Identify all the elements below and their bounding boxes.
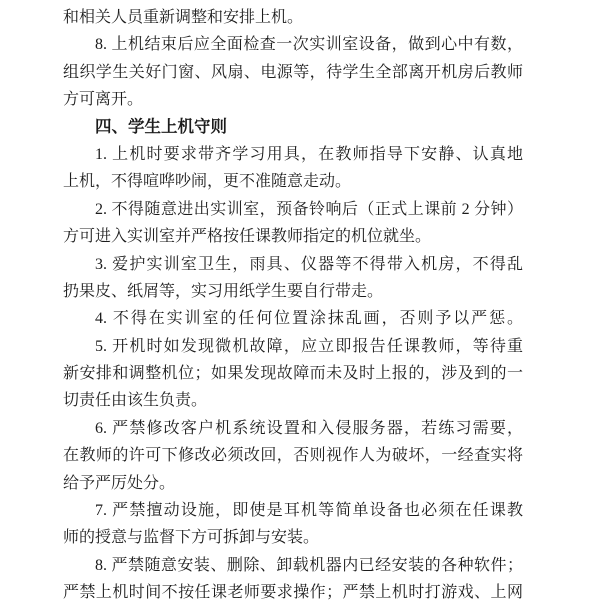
text-line: 和相关人员重新调整和安排上机。 — [63, 4, 523, 31]
document-page: 和相关人员重新调整和安排上机。8. 上机结束后应全面检查一次实训室设备，做到心中… — [0, 0, 590, 610]
text-line: 3. 爱护实训室卫生，雨具、仪器等不得带入机房，不得乱 — [63, 251, 523, 278]
document-body: 和相关人员重新调整和安排上机。8. 上机结束后应全面检查一次实训室设备，做到心中… — [63, 4, 523, 607]
text-line: 5. 开机时如发现微机故障，应立即报告任课教师，等待重 — [63, 333, 523, 360]
text-line: 切责任由该生负责。 — [63, 387, 523, 414]
text-line: 2. 不得随意进出实训室，预备铃响后（正式上课前 2 分钟） — [63, 196, 523, 223]
section-heading: 四、学生上机守则 — [63, 114, 523, 141]
text-line: 组织学生关好门窗、风扇、电源等，待学生全部离开机房后教师 — [63, 59, 523, 86]
text-line: 方可进入实训室并严格按任课教师指定的机位就坐。 — [63, 223, 523, 250]
text-line: 扔果皮、纸屑等，实习用纸学生要自行带走。 — [63, 278, 523, 305]
text-line: 方可离开。 — [63, 86, 523, 113]
text-line: 7. 严禁擅动设施，即使是耳机等简单设备也必须在任课教 — [63, 497, 523, 524]
text-line: 8. 严禁随意安装、删除、卸载机器内已经安装的各种软件； — [63, 552, 523, 579]
text-line: 新安排和调整机位；如果发现故障而未及时上报的，涉及到的一 — [63, 360, 523, 387]
text-line: 1. 上机时要求带齐学习用具，在教师指导下安静、认真地 — [63, 141, 523, 168]
text-line: 8. 上机结束后应全面检查一次实训室设备，做到心中有数， — [63, 31, 523, 58]
text-line: 严禁上机时间不按任课老师要求操作；严禁上机时打游戏、上网 — [63, 579, 523, 606]
text-line: 师的授意与监督下方可拆卸与安装。 — [63, 524, 523, 551]
text-line: 4. 不得在实训室的任何位置涂抹乱画，否则予以严惩。 — [63, 305, 523, 332]
text-line: 6. 严禁修改客户机系统设置和入侵服务器，若练习需要， — [63, 415, 523, 442]
text-line: 给予严厉处分。 — [63, 470, 523, 497]
text-line: 上机，不得喧哗吵闹，更不准随意走动。 — [63, 168, 523, 195]
text-line: 在教师的许可下修改必须改回，否则视作人为破坏，一经查实将 — [63, 442, 523, 469]
